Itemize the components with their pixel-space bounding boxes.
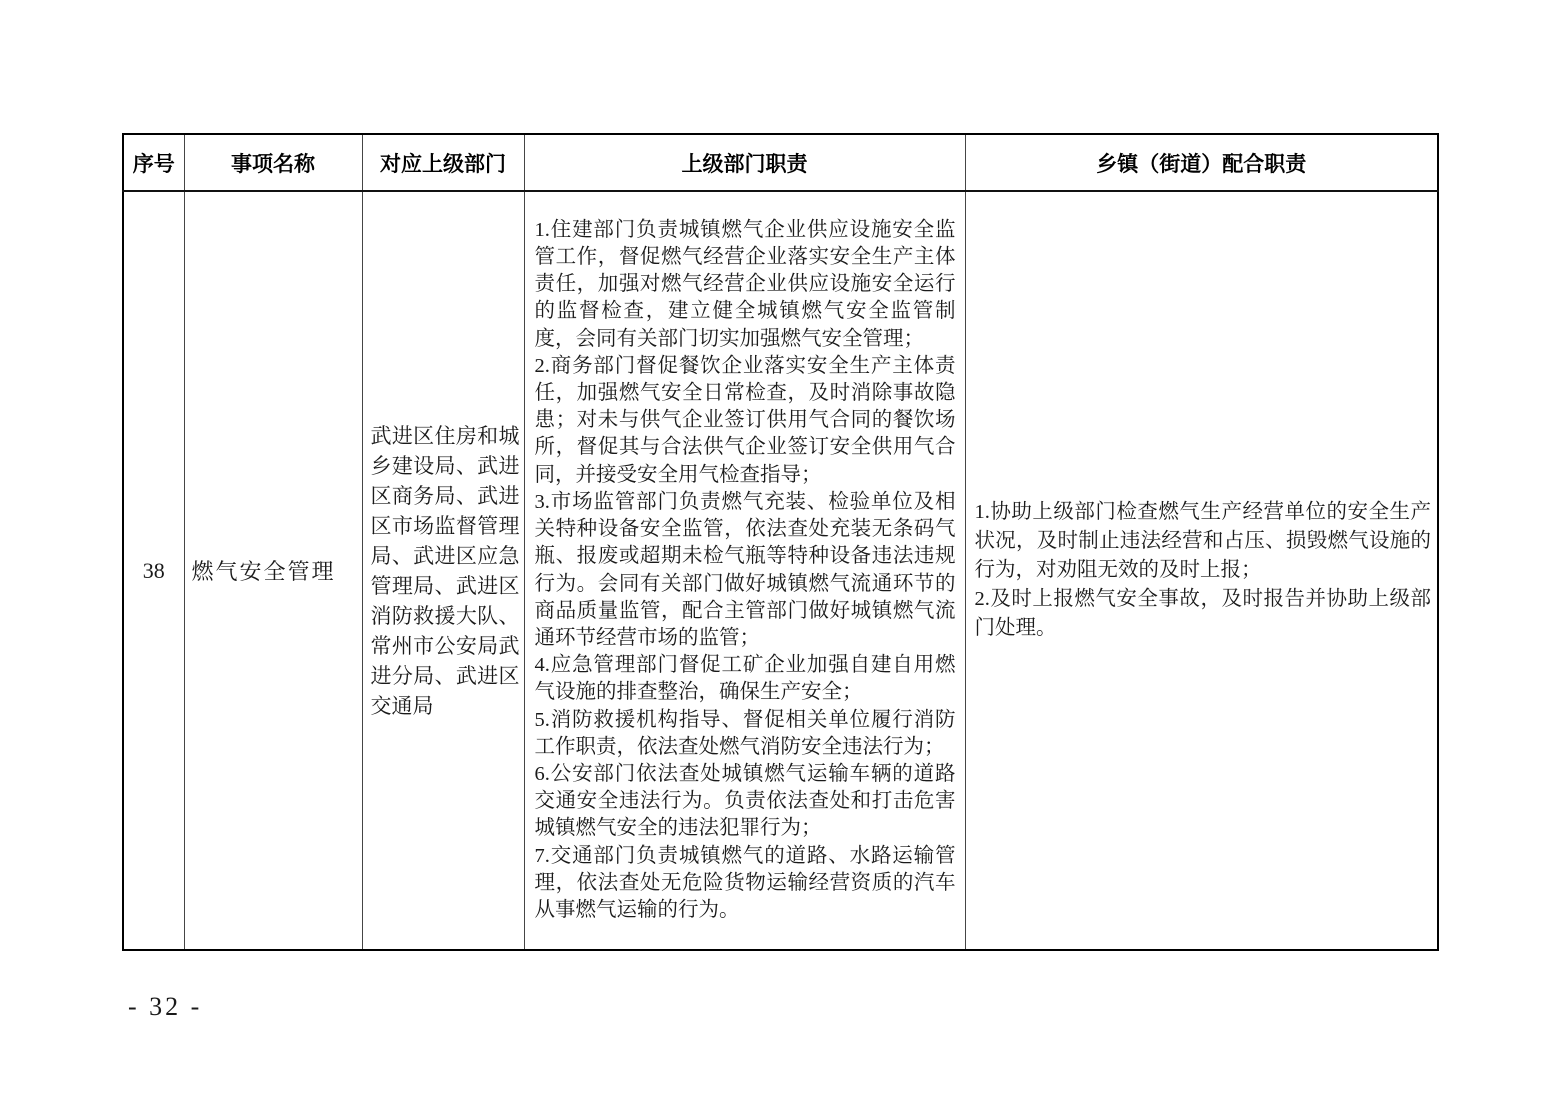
col-header-seq: 序号 xyxy=(123,134,184,191)
superior-duty-paragraph-2: 2.商务部门督促餐饮企业落实安全生产主体责任，加强燃气安全日常检查，及时消除事故… xyxy=(535,353,956,489)
col-header-item-name: 事项名称 xyxy=(184,134,362,191)
township-duty-paragraph-1: 1.协助上级部门检查燃气生产经营单位的安全生产状况，及时制止违法经营和占压、损毁… xyxy=(975,498,1432,585)
superior-duty-paragraph-7: 7.交通部门负责城镇燃气的道路、水路运输管理，依法查处无危险货物运输经营资质的汽… xyxy=(535,843,956,925)
superior-duty-paragraph-4: 4.应急管理部门督促工矿企业加强自建自用燃气设施的排查整治，确保生产安全； xyxy=(535,652,956,706)
cell-superior-duties: 1.住建部门负责城镇燃气企业供应设施安全监管工作，督促燃气经营企业落实安全生产主… xyxy=(524,191,965,950)
col-header-superior-departments: 对应上级部门 xyxy=(362,134,524,191)
superior-duty-paragraph-6: 6.公安部门依法查处城镇燃气运输车辆的道路交通安全违法行为。负责依法查处和打击危… xyxy=(535,761,956,843)
township-duty-paragraph-2: 2.及时上报燃气安全事故，及时报告并协助上级部门处理。 xyxy=(975,585,1432,643)
cell-seq-number: 38 xyxy=(123,191,184,950)
superior-duty-paragraph-3: 3.市场监管部门负责燃气充装、检验单位及相关特种设备安全监管，依法查处充装无条码… xyxy=(535,489,956,652)
table-header-row: 序号 事项名称 对应上级部门 上级部门职责 乡镇（街道）配合职责 xyxy=(123,134,1438,191)
document-page: 序号 事项名称 对应上级部门 上级部门职责 乡镇（街道）配合职责 38 燃气安全… xyxy=(0,0,1559,1102)
page-number: - 32 - xyxy=(128,992,202,1022)
cell-superior-departments: 武进区住房和城乡建设局、武进区商务局、武进区市场监督管理局、武进区应急管理局、武… xyxy=(362,191,524,950)
col-header-superior-duties: 上级部门职责 xyxy=(524,134,965,191)
superior-duty-paragraph-1: 1.住建部门负责城镇燃气企业供应设施安全监管工作，督促燃气经营企业落实安全生产主… xyxy=(535,217,956,353)
cell-item-name: 燃气安全管理 xyxy=(184,191,362,950)
superior-duty-paragraph-5: 5.消防救援机构指导、督促相关单位履行消防工作职责，依法查处燃气消防安全违法行为… xyxy=(535,707,956,761)
cell-township-duties: 1.协助上级部门检查燃气生产经营单位的安全生产状况，及时制止违法经营和占压、损毁… xyxy=(965,191,1438,950)
table-row: 38 燃气安全管理 武进区住房和城乡建设局、武进区商务局、武进区市场监督管理局、… xyxy=(123,191,1438,950)
responsibility-table: 序号 事项名称 对应上级部门 上级部门职责 乡镇（街道）配合职责 38 燃气安全… xyxy=(122,133,1439,951)
col-header-township-duties: 乡镇（街道）配合职责 xyxy=(965,134,1438,191)
